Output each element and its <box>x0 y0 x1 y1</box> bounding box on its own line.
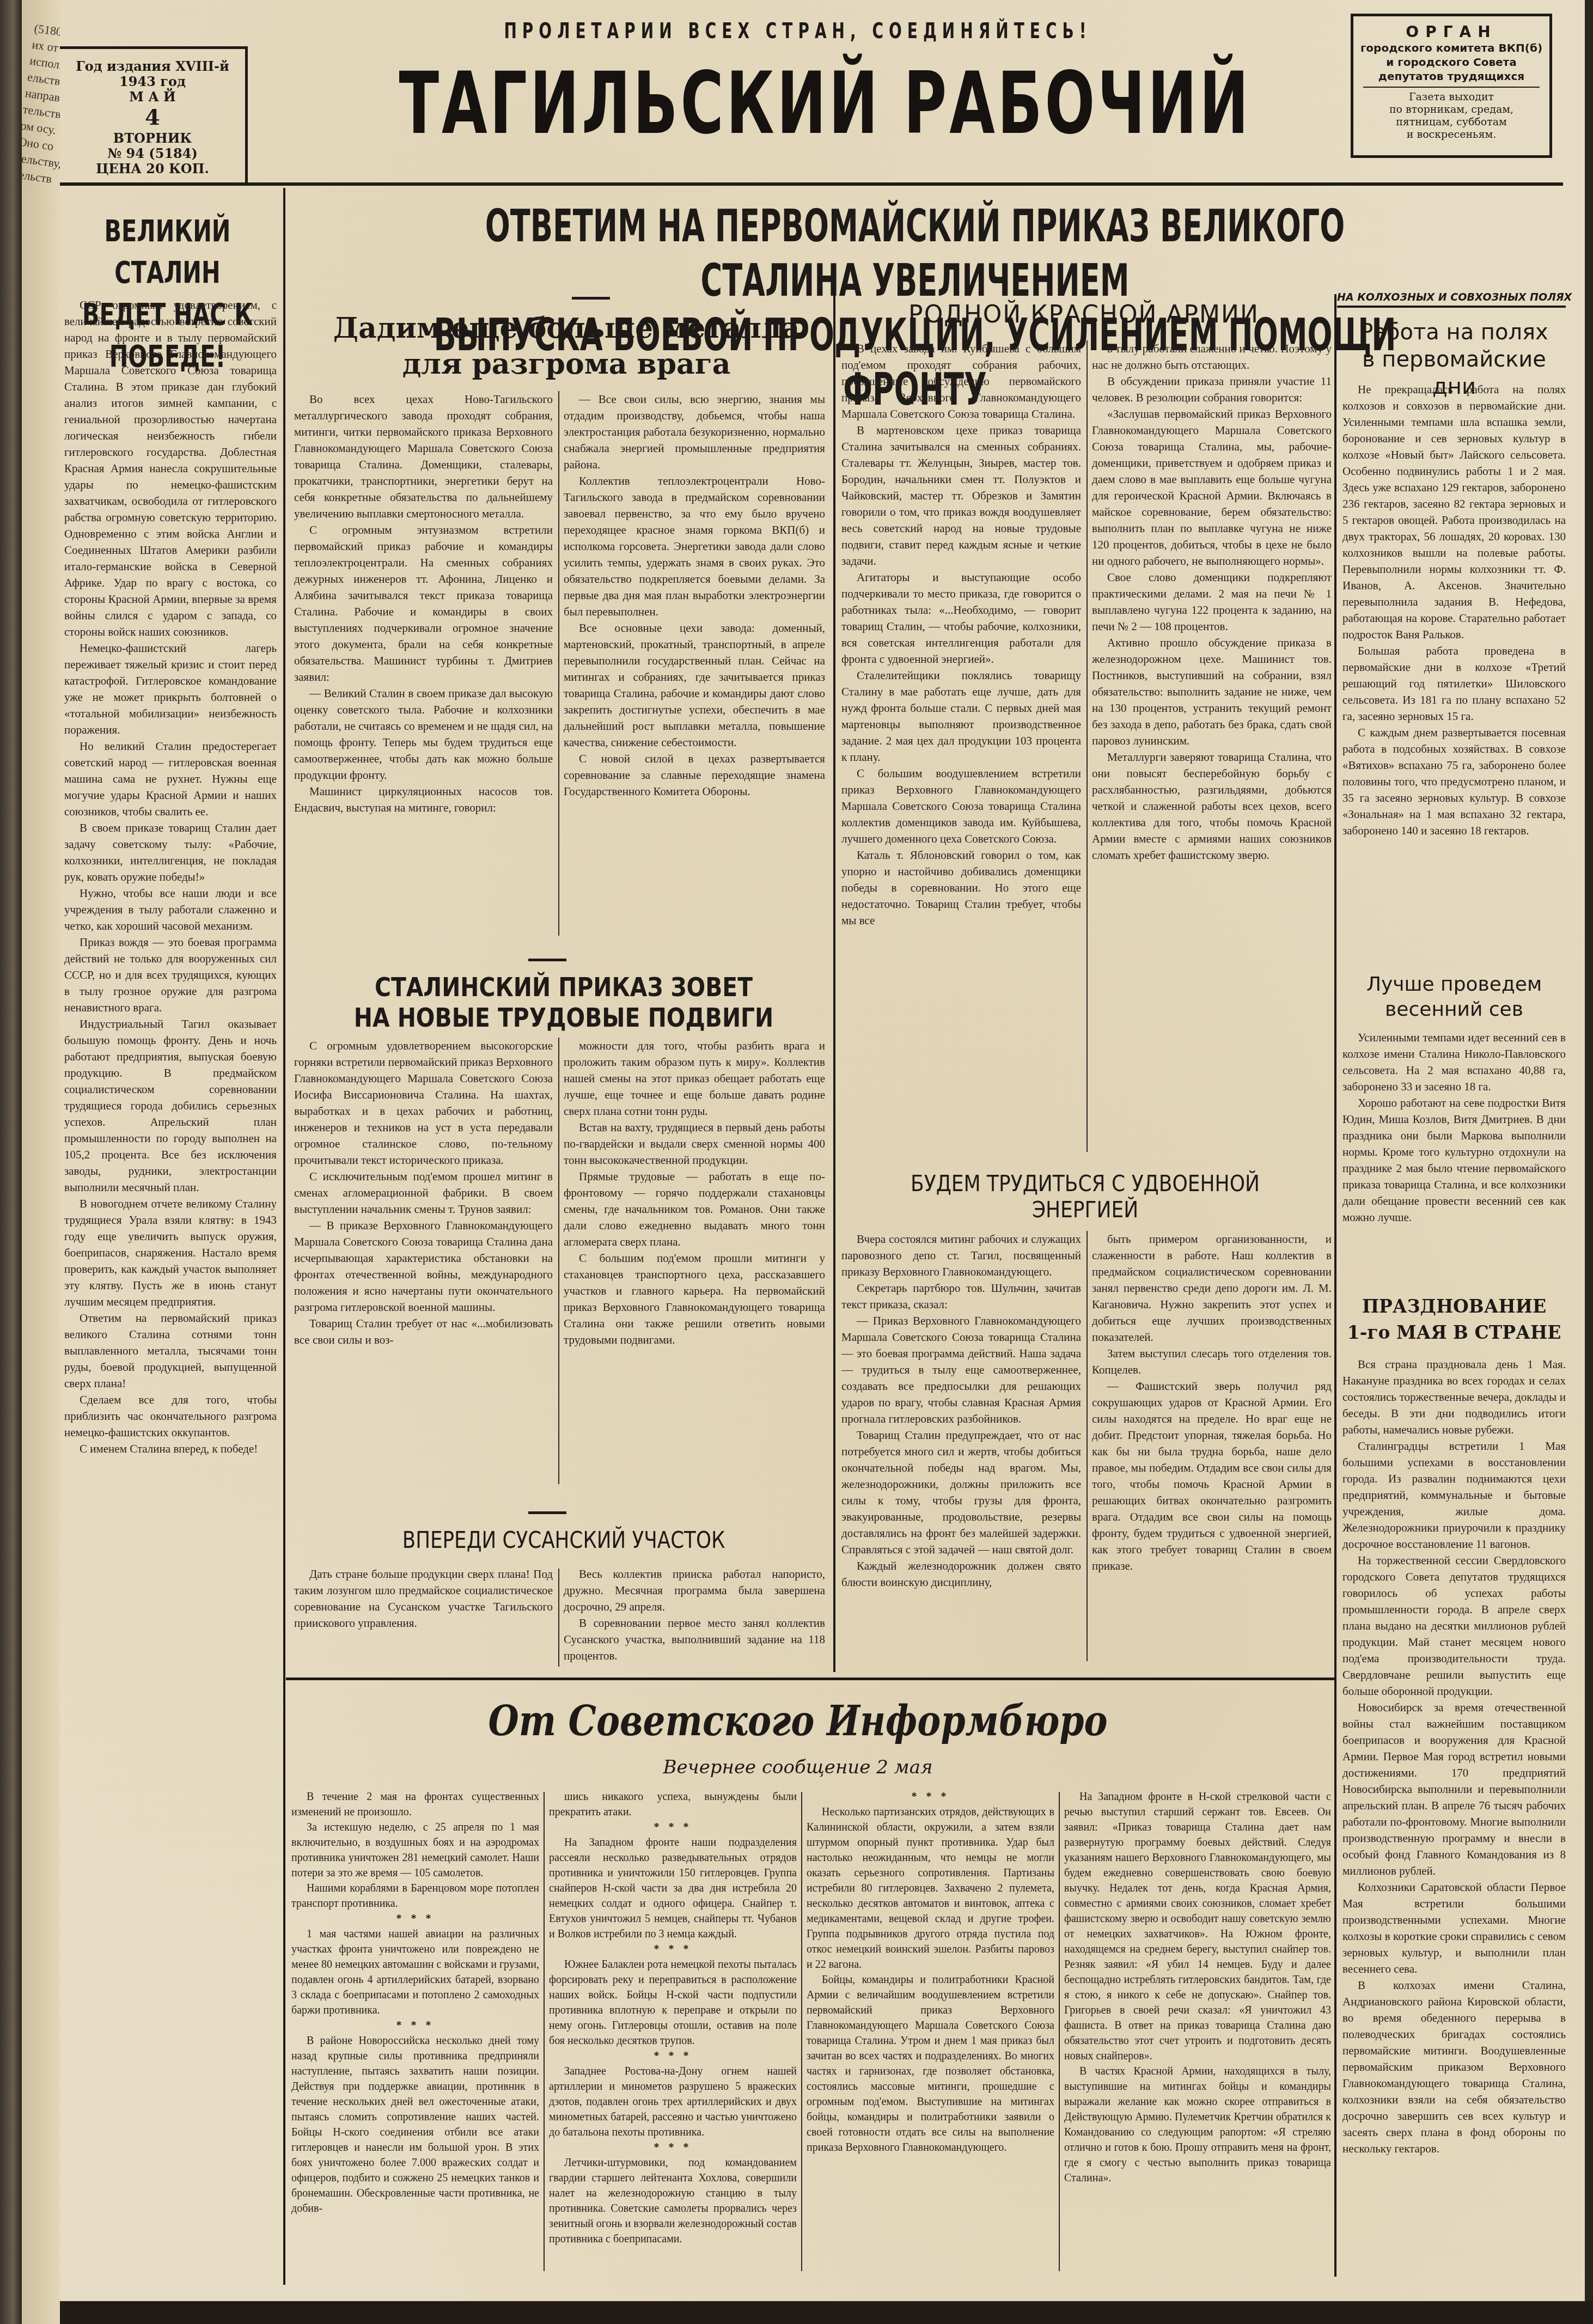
organ-title: ОРГАН <box>1353 23 1549 41</box>
column-rule <box>558 1569 559 1667</box>
column-rule <box>833 294 835 1672</box>
double-energy-title: БУДЕМ ТРУДИТЬСЯ С УДВОЕННОЙ ЭНЕРГИЕЙ <box>863 1171 1307 1223</box>
sovinformburo-col-1: В течение 2 мая на фронтах существенных … <box>291 1789 539 2268</box>
column-rule <box>1059 1792 1060 2271</box>
organ-line-1: городского комитета ВКП(б) <box>1353 41 1549 55</box>
price: ЦЕНА 20 КОП. <box>60 161 245 176</box>
organ-line-3: депутатов трудящихся <box>1353 69 1549 83</box>
sovinformburo-title: От Советского Информбюро <box>370 1697 1226 1745</box>
section-rubric: НА КОЛХОЗНЫХ И СОВХОЗНЫХ ПОЛЯХ <box>1337 291 1566 308</box>
stalin-order-title: СТАЛИНСКИЙ ПРИКАЗ ЗОВЕТ НА НОВЫЕ ТРУДОВЫ… <box>334 972 793 1033</box>
fields-body: Не прекращалась работа на полях колхозов… <box>1342 381 1566 959</box>
schedule-line-2: по вторникам, средам, <box>1353 103 1549 116</box>
metal-article-col-1: Во всех цехах Ново-Тагильского металлург… <box>294 391 553 941</box>
issue-number: № 94 (5184) <box>60 146 245 161</box>
schedule-line-3: пятницам, субботам <box>1353 116 1549 129</box>
metal-article-title: Дадим еще больше металла для разгрома вр… <box>294 310 839 382</box>
schedule-line-4: и воскресеньям. <box>1353 129 1549 141</box>
masthead-title: ТАГИЛЬСКИЙ РАБОЧИЙ <box>383 46 1267 161</box>
year: 1943 год <box>60 74 245 89</box>
susansky-title: ВПЕРЕДИ СУСАНСКИЙ УЧАСТОК <box>334 1525 793 1556</box>
column-rule <box>544 1792 545 2271</box>
red-army-col-1: В цехах завода им. Куйбышева с большим п… <box>841 340 1081 1157</box>
susansky-col-1: Дать стране больше продукции сверх плана… <box>294 1566 553 1669</box>
may-day-body: Вся страна праздновала день 1 Мая. Накан… <box>1342 1356 1566 2277</box>
sovinformburo-subtitle: Вечернее сообщение 2 мая <box>294 1756 1302 1778</box>
previous-page-text: (5180) их от исполне. ельство в направ. … <box>22 20 60 187</box>
issue-date-box: Год издания XVIII-й 1943 год М А Й 4 ВТО… <box>60 46 248 185</box>
sovinformburo-col-2: шись никакого успеха, вынуждены были пре… <box>549 1789 797 2268</box>
sowing-body: Усиленными темпами идет весенний сев в к… <box>1342 1029 1566 1280</box>
divider <box>528 1511 566 1514</box>
susansky-col-2: Весь коллектив прииска работал напористо… <box>564 1566 825 1669</box>
may-day-title: ПРАЗДНОВАНИЕ 1-го МАЯ В СТРАНЕ <box>1340 1294 1568 1346</box>
sovinformburo-col-4: На Западном фронте в Н-ской стрелковой ч… <box>1064 1789 1331 2268</box>
red-army-title: РОДНОЙ КРАСНОЙ АРМИИ <box>839 298 1329 331</box>
red-army-col-2: в тылу работали слаженно и четко. Поэтом… <box>1092 340 1332 1157</box>
stalin-order-col-2: можности для того, чтобы разбить врага и… <box>564 1038 825 1490</box>
newspaper-page: Год издания XVIII-й 1943 год М А Й 4 ВТО… <box>60 0 1585 2309</box>
schedule-line-1: Газета выходит <box>1353 91 1549 103</box>
book-spine <box>0 0 22 2324</box>
column-rule <box>1334 294 1336 2277</box>
column-rule <box>1087 340 1088 1152</box>
publisher-box: ОРГАН городского комитета ВКП(б) и город… <box>1351 14 1552 158</box>
page-bottom-edge <box>60 2301 1593 2324</box>
double-energy-col-1: Вчера состоялся митинг рабочих и служащи… <box>841 1231 1081 1667</box>
day-number: 4 <box>60 105 245 131</box>
sovinformburo-col-3: * * * Несколько партизанских отрядов, де… <box>807 1789 1054 2268</box>
divider <box>528 959 566 961</box>
previous-page-edge: (5180) их от исполне. ельство в направ. … <box>22 0 60 2324</box>
column-rule <box>801 1792 802 2271</box>
double-energy-col-2: быть примером организованности, и слажен… <box>1092 1231 1332 1667</box>
section-rule <box>286 1678 1334 1680</box>
stalin-order-col-1: С огромным удовлетворением высокогорские… <box>294 1038 553 1490</box>
divider <box>572 297 610 300</box>
masthead-rule <box>60 182 1563 186</box>
column-rule <box>1087 1231 1088 1661</box>
column-rule <box>283 188 285 2285</box>
publication-year: Год издания XVIII-й <box>60 59 245 74</box>
divider <box>1363 87 1540 88</box>
column-rule <box>558 391 559 936</box>
slogan: ПРОЛЕТАРИИ ВСЕХ СТРАН, СОЕДИНЯЙТЕСЬ! <box>436 18 1160 43</box>
metal-article-col-2: — Все свои силы, всю энергию, знания мы … <box>564 391 825 941</box>
editorial-body: ССР огромным удовлетворением, с величайш… <box>64 297 277 2279</box>
month: М А Й <box>60 89 245 105</box>
organ-line-2: и городского Совета <box>1353 55 1549 69</box>
sowing-title: Лучше проведем весенний сев <box>1340 972 1568 1022</box>
column-rule <box>558 1038 559 1484</box>
weekday: ВТОРНИК <box>60 131 245 146</box>
